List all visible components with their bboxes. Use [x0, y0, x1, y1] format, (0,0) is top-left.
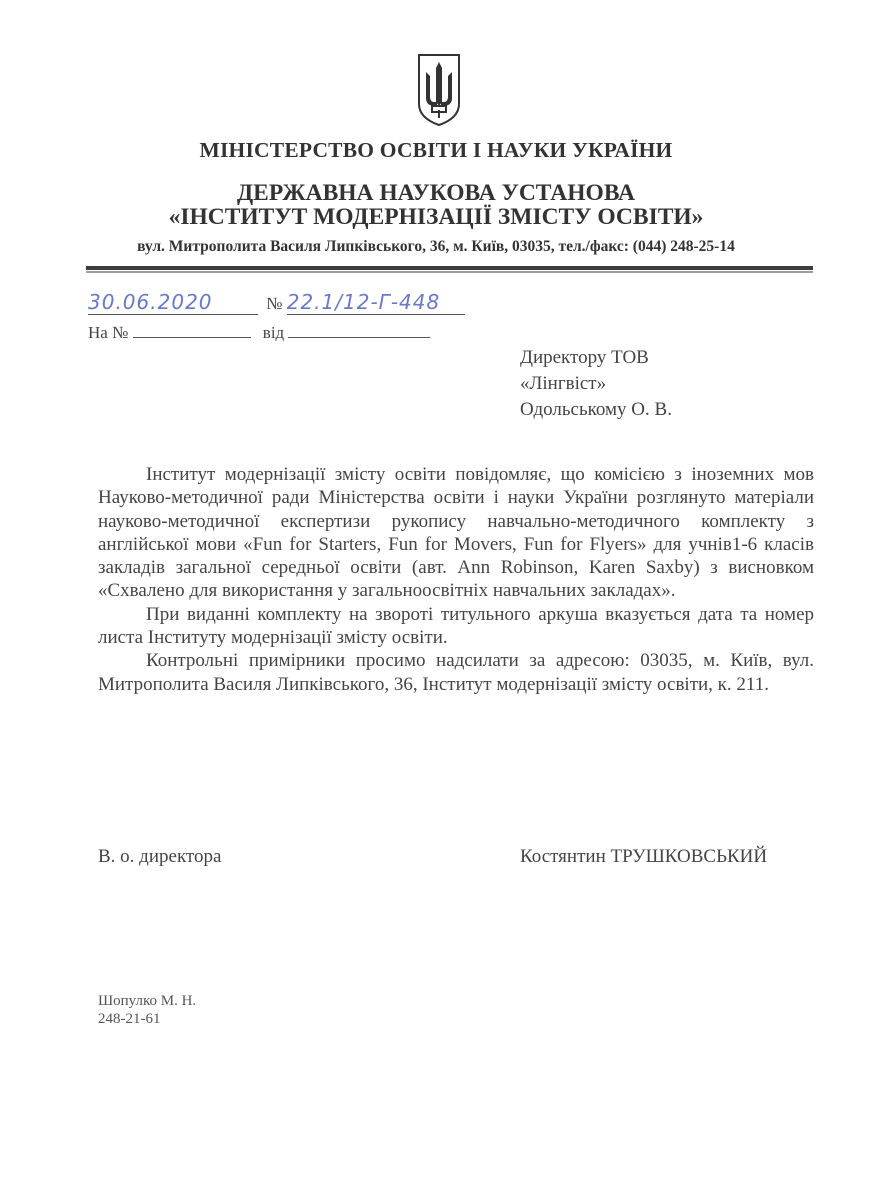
recipient-block: Директору ТОВ «Лінгвіст» Одольському О. …	[520, 345, 672, 423]
executor-name: Шопулко М. Н.	[98, 992, 196, 1010]
executor-phone: 248-21-61	[98, 1010, 196, 1028]
recipient-position: Директору ТОВ	[520, 345, 672, 371]
recipient-company: «Лінгвіст»	[520, 371, 672, 397]
signatory-name: Костянтин ТРУШКОВСЬКИЙ	[520, 846, 767, 868]
from-label: від	[263, 323, 284, 342]
institution-title-line2: «ІНСТИТУТ МОДЕРНІЗАЦІЇ ЗМІСТУ ОСВІТИ»	[0, 204, 872, 231]
reply-to-label: На №	[88, 323, 128, 342]
letter-body: Інститут модернізації змісту освіти пові…	[98, 463, 814, 696]
institution-address: вул. Митрополита Василя Липківського, 36…	[0, 238, 872, 256]
ministry-title: МІНІСТЕРСТВО ОСВІТИ І НАУКИ УКРАЇНИ	[0, 138, 872, 163]
outgoing-number: 22.1/12-Г-448	[287, 290, 440, 314]
outgoing-registration: 30.06.2020 № 22.1/12-Г-448	[88, 290, 465, 315]
executor-block: Шопулко М. Н. 248-21-61	[98, 992, 196, 1028]
outgoing-date-field: 30.06.2020	[88, 290, 258, 315]
outgoing-date: 30.06.2020	[88, 290, 213, 314]
body-paragraph: Контрольні примірники просимо надсилати …	[98, 649, 814, 696]
reply-to-date-field	[288, 323, 430, 338]
body-paragraph: При виданні комплекту на звороті титульн…	[98, 603, 814, 650]
recipient-name: Одольському О. В.	[520, 397, 672, 423]
reply-to-number-field	[133, 323, 251, 338]
institution-title-line1: ДЕРЖАВНА НАУКОВА УСТАНОВА	[0, 180, 872, 207]
signatory-position: В. о. директора	[98, 846, 221, 868]
header-divider-thin	[86, 271, 813, 273]
outgoing-number-field: 22.1/12-Г-448	[287, 290, 465, 315]
number-sign: №	[266, 294, 282, 313]
ukraine-trident-emblem-icon	[415, 52, 463, 128]
body-paragraph: Інститут модернізації змісту освіти пові…	[98, 463, 814, 603]
incoming-reference: На № від	[88, 323, 430, 343]
header-divider	[86, 266, 813, 270]
